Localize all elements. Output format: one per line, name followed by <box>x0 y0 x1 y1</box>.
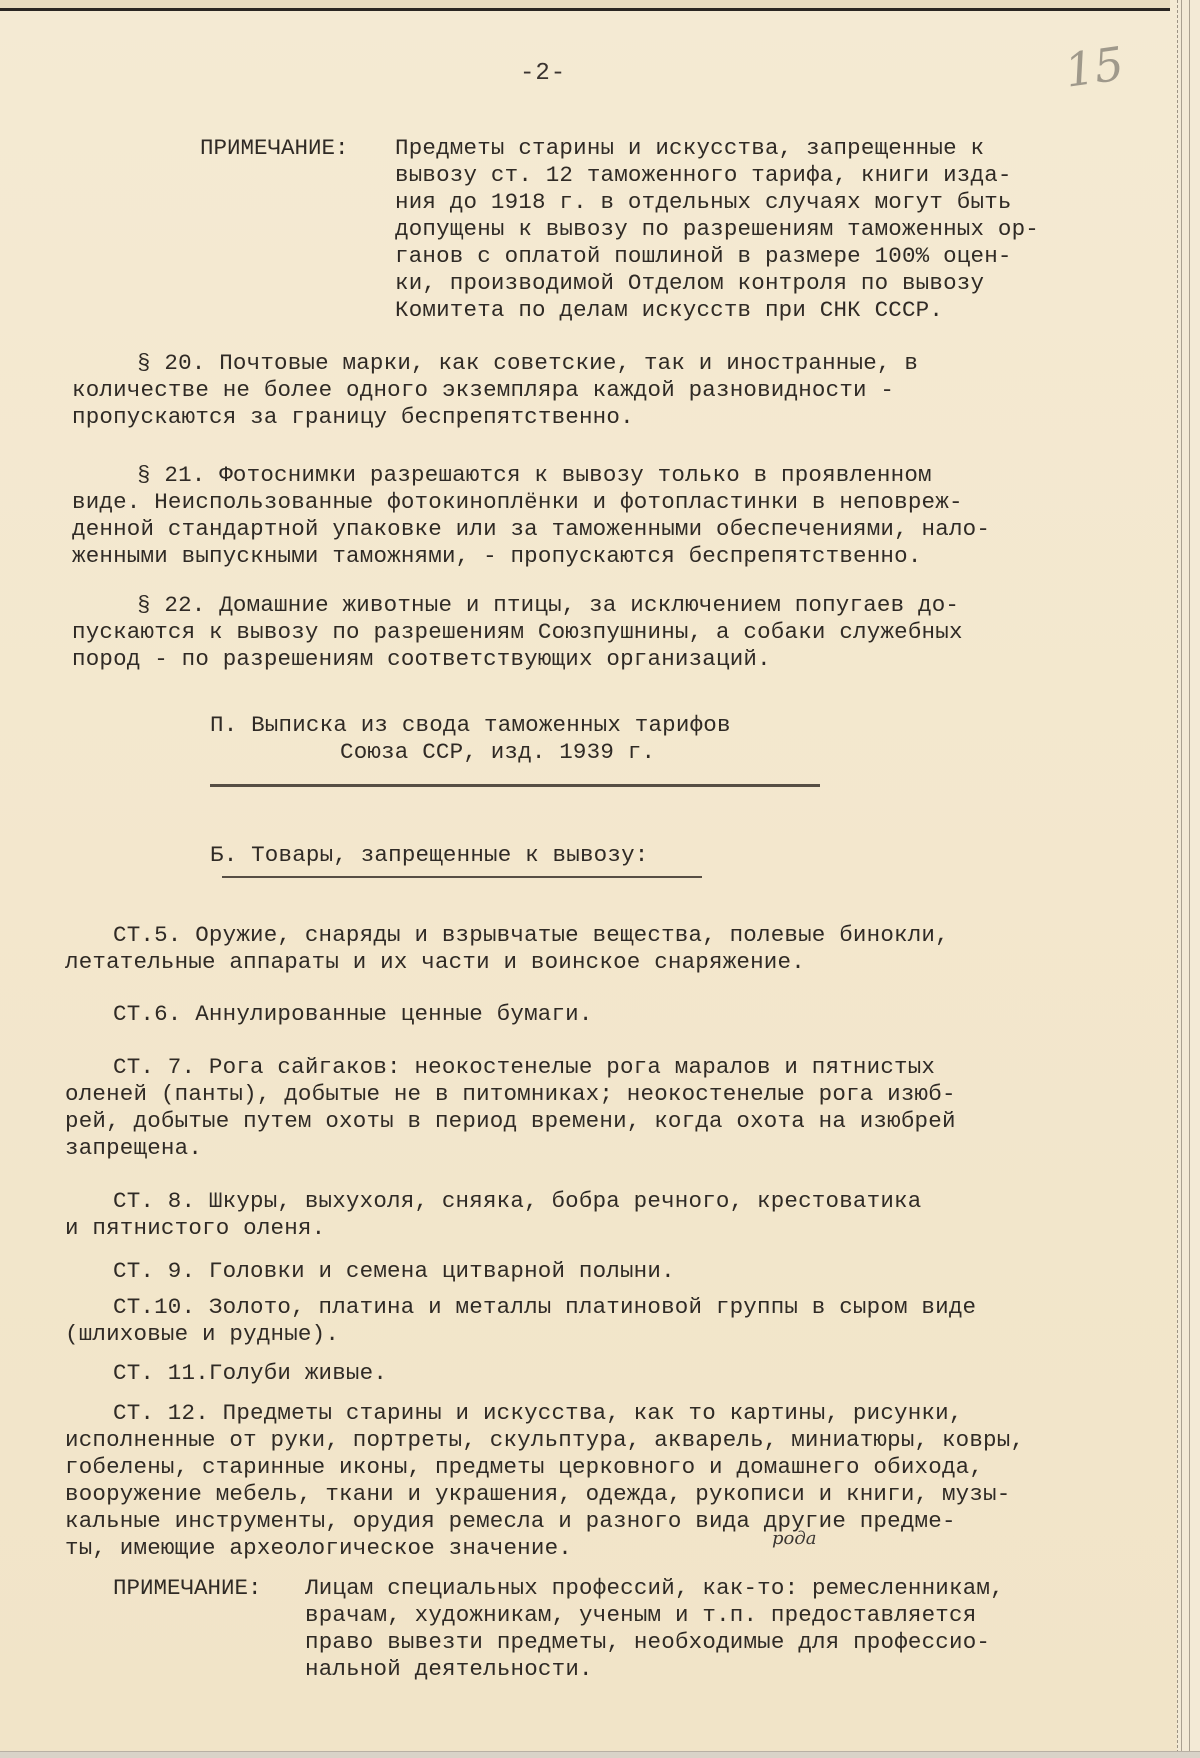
text-line: СТ. 11.Голуби живые. <box>113 1360 387 1387</box>
text-line: пускаются к вывозу по разрешениям Союзпу… <box>72 619 963 646</box>
text-line: § 21. Фотоснимки разрешаются к вывозу то… <box>137 462 932 489</box>
text-line: врачам, художникам, ученым и т.п. предос… <box>305 1602 976 1629</box>
text-line: пропускаются за границу беспрепятственно… <box>72 404 634 431</box>
heading-underline <box>210 784 820 787</box>
text-line: СТ.5. Оружие, снаряды и взрывчатые вещес… <box>113 922 949 949</box>
section-heading: П. Выписка из свода таможенных тарифов <box>210 712 731 739</box>
text-line: СТ.10. Золото, платина и металлы платино… <box>113 1294 976 1321</box>
text-line: § 20. Почтовые марки, как советские, так… <box>137 350 918 377</box>
text-line: Комитета по делам искусств при СНК СССР. <box>395 297 943 324</box>
text-line: оленей (панты), добытые не в питомниках;… <box>65 1081 956 1108</box>
text-line: пород - по разрешениям соответствующих о… <box>72 646 771 673</box>
fold-line <box>1181 0 1182 1758</box>
subheading-underline <box>222 876 702 878</box>
page-number: -2- <box>520 60 566 87</box>
text-line: летательные аппараты и их части и воинск… <box>65 949 805 976</box>
page-bottom-edge <box>0 1751 1200 1758</box>
section-heading: Союза ССР, изд. 1939 г. <box>340 739 655 766</box>
text-line: ния до 1918 г. в отдельных случаях могут… <box>395 189 1012 216</box>
text-line: право вывезти предметы, необходимые для … <box>305 1629 990 1656</box>
text-line: ганов с оплатой пошлиной в размере 100% … <box>395 243 1012 270</box>
text-line: виде. Неиспользованные фотокиноплёнки и … <box>72 489 963 516</box>
text-line: рей, добытые путем охоты в период времен… <box>65 1108 956 1135</box>
text-line: СТ. 12. Предметы старины и искусства, ка… <box>113 1400 963 1427</box>
handwritten-sheet-number: 15 <box>1062 36 1127 98</box>
text-line: исполненные от руки, портреты, скульптур… <box>65 1427 1024 1454</box>
text-line: и пятнистого оленя. <box>65 1215 325 1242</box>
handwritten-annotation: рода <box>772 1528 817 1549</box>
text-line: кальные инструменты, орудия ремесла и ра… <box>65 1508 956 1535</box>
text-line: § 22. Домашние животные и птицы, за искл… <box>137 592 959 619</box>
text-line: СТ. 8. Шкуры, выхухоля, сняяка, бобра ре… <box>113 1188 921 1215</box>
text-line: ки, производимой Отделом контроля по выв… <box>395 270 984 297</box>
text-line: Лицам специальных профессий, как-то: рем… <box>305 1575 1004 1602</box>
text-line: женными выпускными таможнями, - пропуска… <box>72 543 922 570</box>
text-line: денной стандартной упаковке или за тамож… <box>72 516 990 543</box>
text-line: СТ. 9. Головки и семена цитварной полыни… <box>113 1258 675 1285</box>
text-line: Предметы старины и искусства, запрещенны… <box>395 135 984 162</box>
text-line: ты, имеющие археологическое значение. <box>65 1535 572 1562</box>
text-line: вывозу ст. 12 таможенного тарифа, книги … <box>395 162 1012 189</box>
subsection-heading: Б. Товары, запрещенные к вывозу: <box>210 842 648 869</box>
text-line: допущены к вывозу по разрешениям таможен… <box>395 216 1039 243</box>
text-line: гобелены, старинные иконы, предметы церк… <box>65 1454 983 1481</box>
text-line: нальной деятельности. <box>305 1656 593 1683</box>
text-line: (шлиховые и рудные). <box>65 1321 339 1348</box>
text-line: запрещена. <box>65 1135 202 1162</box>
text-line: СТ.6. Аннулированные ценные бумаги. <box>113 1001 593 1028</box>
page-top-edge <box>0 0 1170 11</box>
text-line: СТ. 7. Рога сайгаков: неокостенелые рога… <box>113 1054 935 1081</box>
fold-line <box>1189 0 1190 1758</box>
text-line: количестве не более одного экземпляра ка… <box>72 377 894 404</box>
note-label: ПРИМЕЧАНИЕ: <box>113 1575 262 1602</box>
text-line: вооружение мебель, ткани и украшения, од… <box>65 1481 1010 1508</box>
note-label: ПРИМЕЧАНИЕ: <box>200 135 349 162</box>
